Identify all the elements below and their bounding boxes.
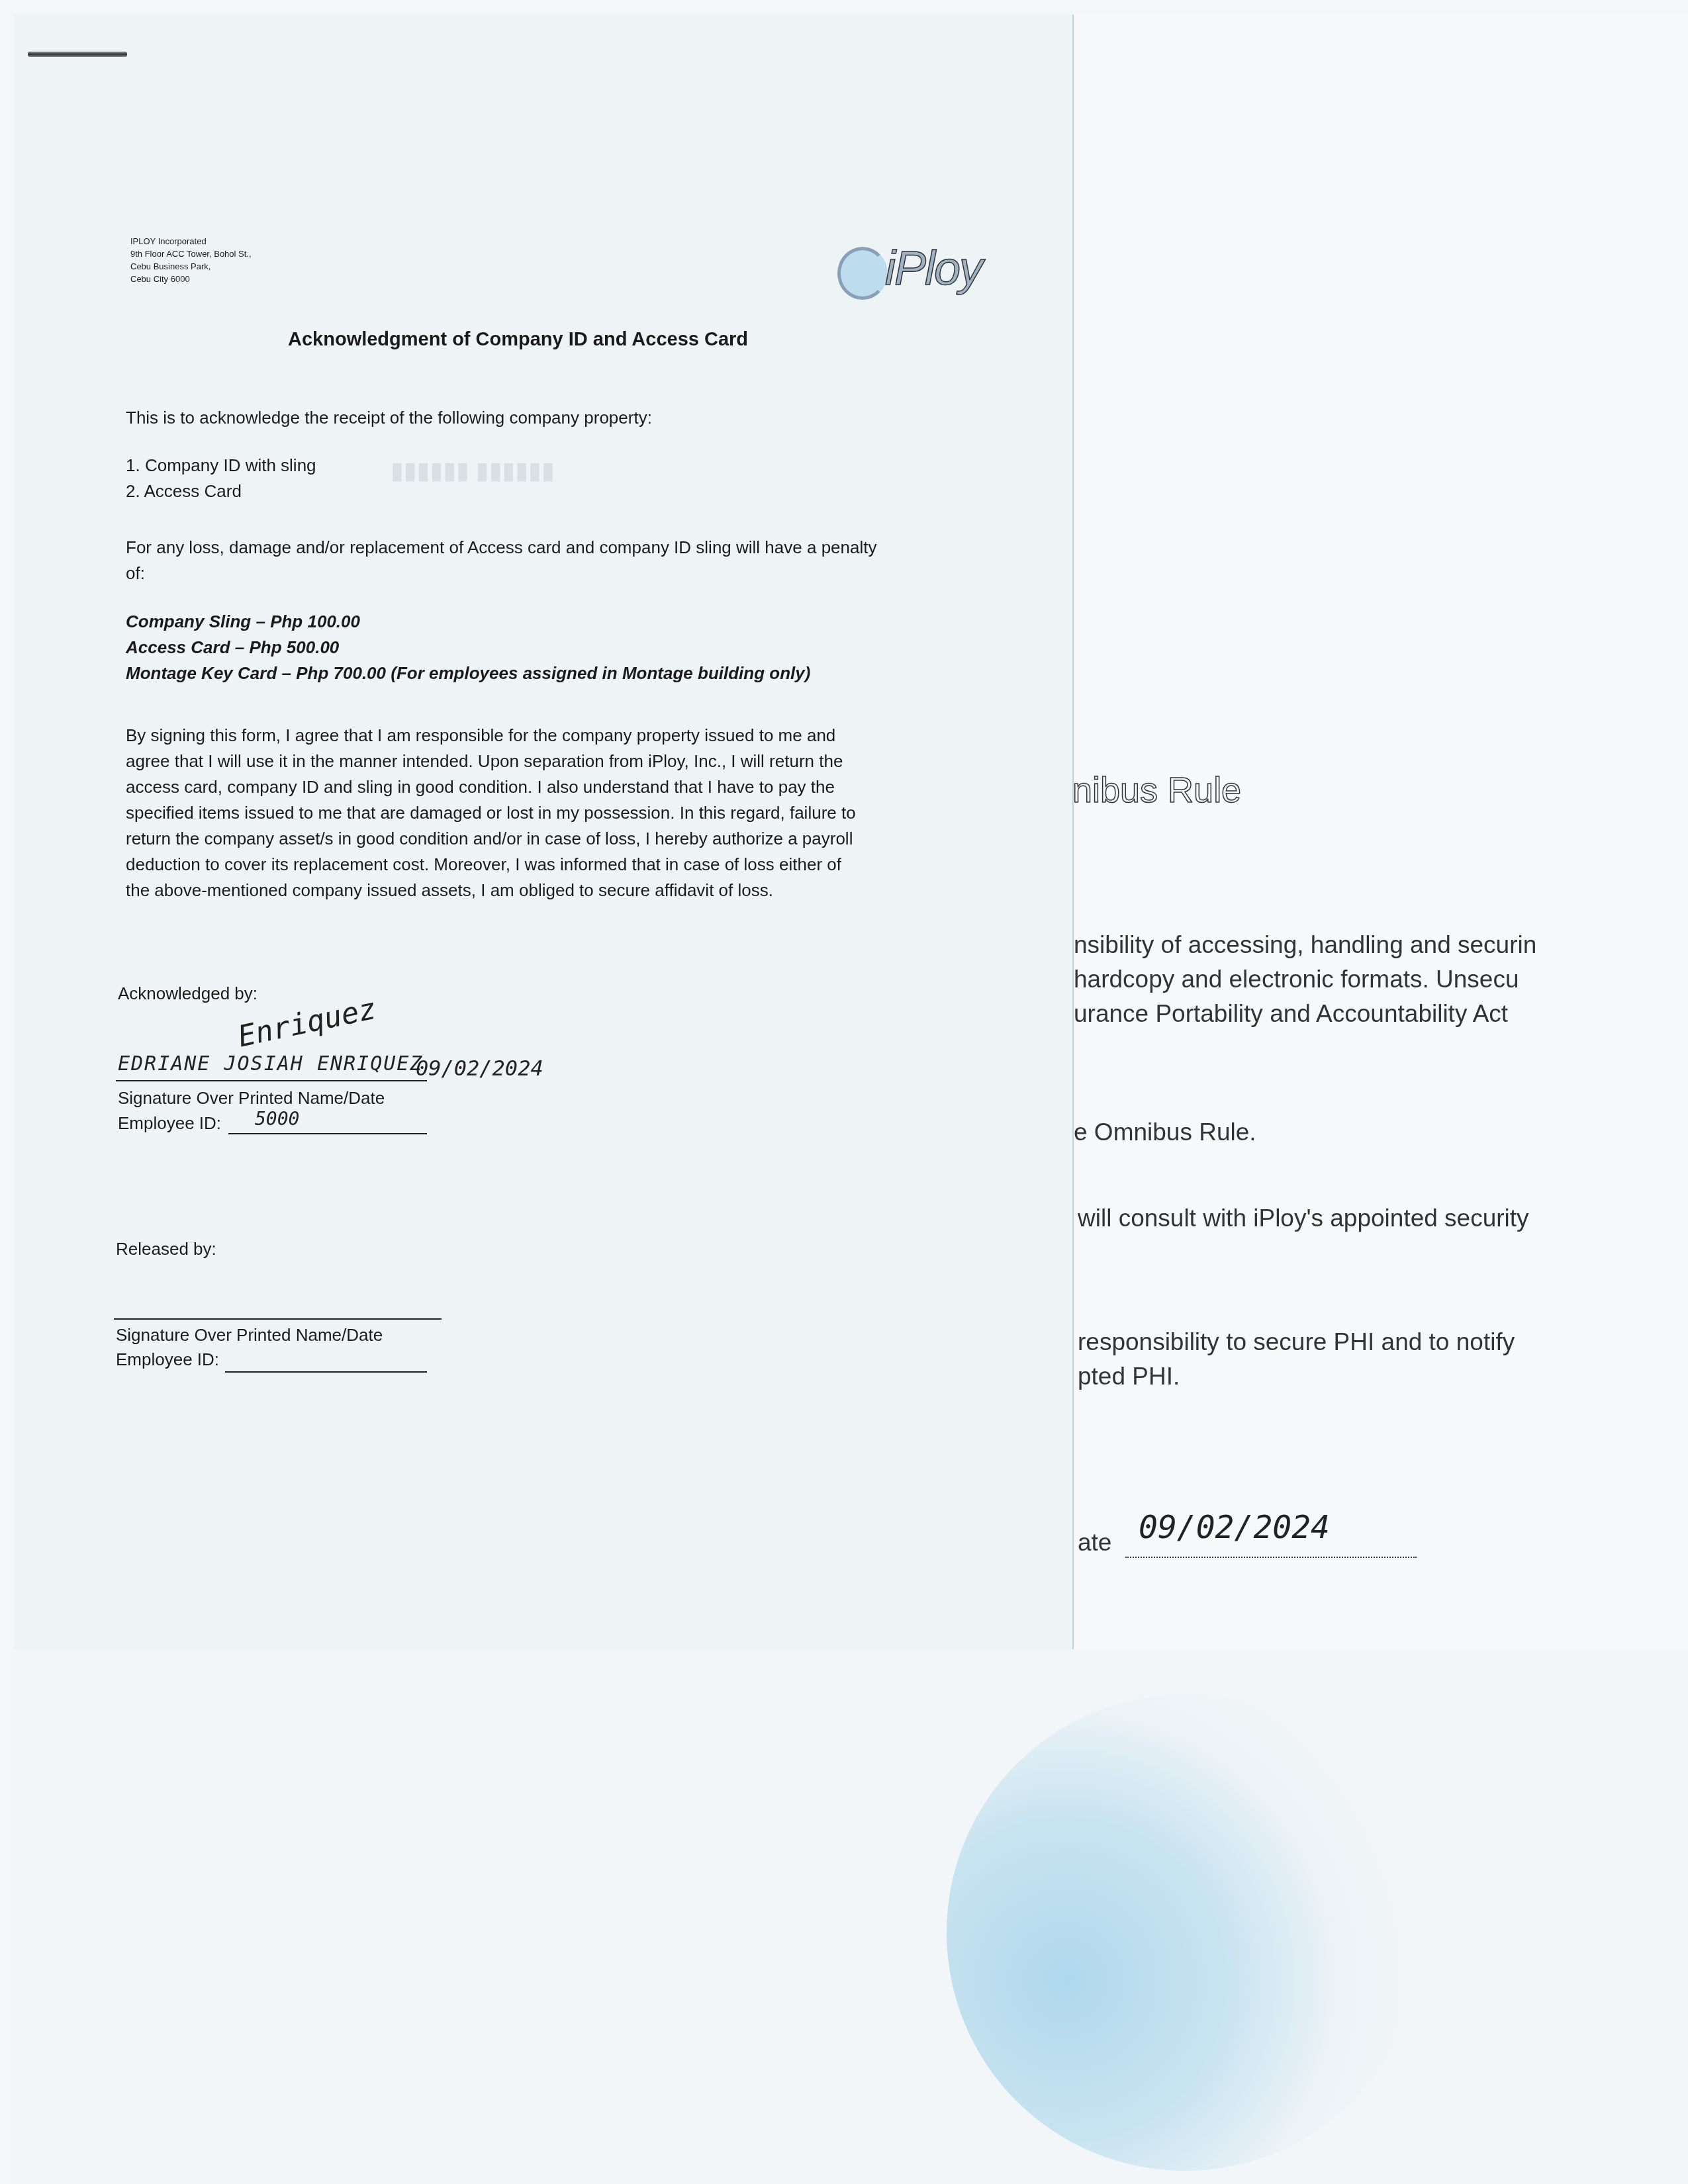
penalty-intro-line: of: xyxy=(126,561,876,586)
released-caption: Signature Over Printed Name/Date xyxy=(116,1322,383,1348)
back-line: nsibility of accessing, handling and sec… xyxy=(1074,928,1536,962)
back-sheet xyxy=(1072,15,1688,1649)
bleed-through-text: ▮▮▮▮▮▮ ▮▮▮▮▮▮ xyxy=(391,457,555,484)
address-line: IPLOY Incorporated xyxy=(130,235,252,248)
agreement-line: the above-mentioned company issued asset… xyxy=(126,878,856,903)
agreement-paragraph: By signing this form, I agree that I am … xyxy=(126,723,856,903)
back-line: responsibility to secure PHI and to noti… xyxy=(1078,1325,1515,1359)
agreement-line: By signing this form, I agree that I am … xyxy=(126,723,856,749)
property-list: 1. Company ID with sling 2. Access Card xyxy=(126,453,316,504)
penalty-item: Access Card – Php 500.00 xyxy=(126,635,810,660)
agreement-line: agree that I will use it in the manner i… xyxy=(126,749,856,774)
property-item: 1. Company ID with sling xyxy=(126,453,316,478)
released-employee-id-line xyxy=(225,1371,427,1373)
back-heading: nibus Rule xyxy=(1072,770,1241,811)
employee-id-line xyxy=(228,1133,427,1134)
address-line: Cebu City 6000 xyxy=(130,273,252,285)
back-paragraph-3: will consult with iPloy's appointed secu… xyxy=(1078,1205,1529,1232)
form-title: Acknowledgment of Company ID and Access … xyxy=(288,329,748,351)
back-date-handwritten: 09/02/2024 xyxy=(1139,1509,1330,1546)
agreement-line: access card, company ID and sling in goo… xyxy=(126,774,856,800)
back-line: urance Portability and Accountability Ac… xyxy=(1074,997,1536,1031)
company-logo: iPloy xyxy=(837,242,1016,304)
acknowledged-label: Acknowledged by: xyxy=(118,981,258,1007)
property-item: 2. Access Card xyxy=(126,478,316,504)
logo-globe-icon xyxy=(837,247,888,300)
employee-id-value: 5000 xyxy=(255,1108,299,1130)
penalty-intro-line: For any loss, damage and/or replacement … xyxy=(126,535,876,561)
back-paragraph-4: responsibility to secure PHI and to noti… xyxy=(1078,1325,1515,1394)
back-line: hardcopy and electronic formats. Unsecu xyxy=(1074,962,1536,997)
employee-id-label: Employee ID: xyxy=(118,1111,221,1136)
agreement-line: deduction to cover its replacement cost.… xyxy=(126,852,856,878)
acknowledged-date-handwritten: 09/02/2024 xyxy=(416,1056,543,1081)
back-line: pted PHI. xyxy=(1078,1359,1515,1394)
back-paragraph-1: nsibility of accessing, handling and sec… xyxy=(1074,928,1536,1031)
agreement-line: specified items issued to me that are da… xyxy=(126,800,856,826)
released-label: Released by: xyxy=(116,1236,216,1262)
signature-line xyxy=(116,1080,427,1081)
released-employee-id-label: Employee ID: xyxy=(116,1347,219,1373)
printed-name-handwritten: EDRIANE JOSIAH ENRIQUEZ xyxy=(118,1052,423,1075)
globe-watermark-icon xyxy=(947,1694,1423,2171)
released-signature-line xyxy=(114,1318,442,1320)
penalty-item: Company Sling – Php 100.00 xyxy=(126,609,810,635)
logo-text: iPloy xyxy=(885,242,982,296)
penalty-list: Company Sling – Php 100.00 Access Card –… xyxy=(126,609,810,686)
back-paragraph-2: e Omnibus Rule. xyxy=(1074,1118,1256,1146)
intro-text: This is to acknowledge the receipt of th… xyxy=(126,405,652,431)
lower-page-area xyxy=(15,1649,1688,2184)
company-address: IPLOY Incorporated 9th Floor ACC Tower, … xyxy=(130,235,252,285)
address-line: 9th Floor ACC Tower, Bohol St., xyxy=(130,248,252,260)
back-date-line xyxy=(1125,1557,1417,1558)
back-date-label: ate xyxy=(1078,1529,1111,1557)
penalty-item: Montage Key Card – Php 700.00 (For emplo… xyxy=(126,660,810,686)
staple-mark xyxy=(28,52,127,57)
agreement-line: return the company asset/s in good condi… xyxy=(126,826,856,852)
signature-caption: Signature Over Printed Name/Date xyxy=(118,1085,385,1111)
address-line: Cebu Business Park, xyxy=(130,260,252,273)
penalty-intro: For any loss, damage and/or replacement … xyxy=(126,535,876,586)
